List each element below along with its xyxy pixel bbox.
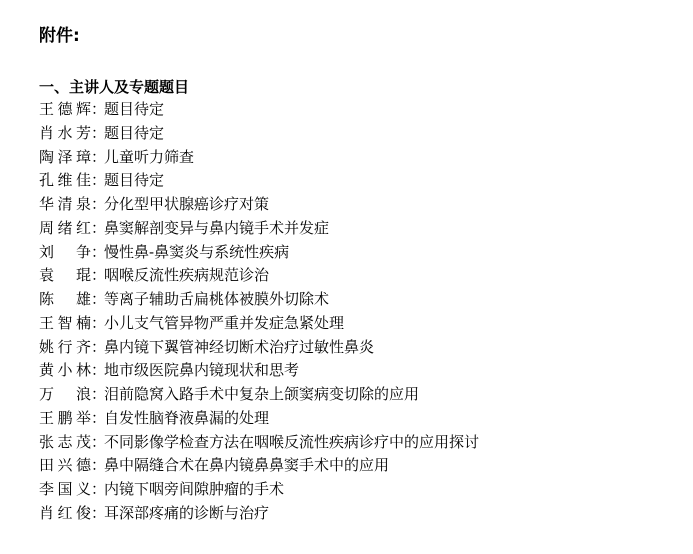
- speaker-row: 王鹏举：自发性脑脊液鼻漏的处理: [39, 407, 479, 431]
- speaker-topic: 咽喉反流性疾病规范诊治: [104, 264, 269, 288]
- speaker-topic: 鼻内镜下翼管神经切断术治疗过敏性鼻炎: [104, 336, 374, 360]
- speaker-name: 陈 雄: [39, 288, 91, 312]
- speaker-row: 肖红俊：耳深部疼痛的诊断与治疗: [39, 502, 479, 526]
- attachment-title: 附件:: [39, 24, 80, 48]
- speaker-topic: 内镜下咽旁间隙肿瘤的手术: [104, 478, 284, 502]
- speaker-topic: 泪前隐窝入路手术中复杂上颌窦病变切除的应用: [104, 383, 419, 407]
- speaker-name: 王智楠: [39, 312, 91, 336]
- speaker-name: 肖水芳: [39, 122, 91, 146]
- speaker-topic: 题目待定: [104, 98, 164, 122]
- speaker-name: 袁 琨: [39, 264, 91, 288]
- separator: ：: [91, 383, 104, 407]
- separator: ：: [91, 454, 104, 478]
- speaker-name: 王鹏举: [39, 407, 91, 431]
- speaker-row: 黄小林：地市级医院鼻内镜现状和思考: [39, 359, 479, 383]
- speaker-name: 李国义: [39, 478, 91, 502]
- speaker-name: 孔维佳: [39, 169, 91, 193]
- speaker-row: 肖水芳：题目待定: [39, 122, 479, 146]
- speaker-topic: 等离子辅助舌扁桃体被膜外切除术: [104, 288, 329, 312]
- speaker-list: 王德辉：题目待定 肖水芳：题目待定 陶泽璋：儿童听力筛查 孔维佳：题目待定 华清…: [39, 98, 479, 526]
- speaker-name: 姚行齐: [39, 336, 91, 360]
- speaker-row: 周绪红：鼻窦解剖变异与鼻内镜手术并发症: [39, 217, 479, 241]
- speaker-topic: 地市级医院鼻内镜现状和思考: [104, 359, 299, 383]
- separator: ：: [91, 431, 104, 455]
- separator: ：: [91, 264, 104, 288]
- speaker-topic: 题目待定: [104, 169, 164, 193]
- separator: ：: [91, 359, 104, 383]
- separator: ：: [91, 98, 104, 122]
- speaker-row: 李国义：内镜下咽旁间隙肿瘤的手术: [39, 478, 479, 502]
- speaker-name: 陶泽璋: [39, 146, 91, 170]
- speaker-row: 袁 琨：咽喉反流性疾病规范诊治: [39, 264, 479, 288]
- separator: ：: [91, 288, 104, 312]
- speaker-topic: 儿童听力筛查: [104, 146, 194, 170]
- speaker-row: 华清泉：分化型甲状腺癌诊疗对策: [39, 193, 479, 217]
- speaker-topic: 分化型甲状腺癌诊疗对策: [104, 193, 269, 217]
- speaker-row: 田兴德：鼻中隔缝合术在鼻内镜鼻鼻窦手术中的应用: [39, 454, 479, 478]
- section-heading: 一、主讲人及专题题目: [39, 75, 189, 99]
- speaker-topic: 不同影像学检查方法在咽喉反流性疾病诊疗中的应用探讨: [104, 431, 479, 455]
- speaker-row: 万 浪：泪前隐窝入路手术中复杂上颌窦病变切除的应用: [39, 383, 479, 407]
- speaker-topic: 耳深部疼痛的诊断与治疗: [104, 502, 269, 526]
- speaker-name: 肖红俊: [39, 502, 91, 526]
- speaker-name: 田兴德: [39, 454, 91, 478]
- speaker-row: 姚行齐：鼻内镜下翼管神经切断术治疗过敏性鼻炎: [39, 336, 479, 360]
- speaker-row: 陈 雄：等离子辅助舌扁桃体被膜外切除术: [39, 288, 479, 312]
- separator: ：: [91, 407, 104, 431]
- separator: ：: [91, 336, 104, 360]
- speaker-topic: 鼻中隔缝合术在鼻内镜鼻鼻窦手术中的应用: [104, 454, 389, 478]
- speaker-row: 王智楠：小儿支气管异物严重并发症急紧处理: [39, 312, 479, 336]
- speaker-name: 刘 争: [39, 241, 91, 265]
- speaker-row: 陶泽璋：儿童听力筛查: [39, 146, 479, 170]
- speaker-topic: 慢性鼻-鼻窦炎与系统性疾病: [104, 241, 289, 265]
- speaker-row: 刘 争：慢性鼻-鼻窦炎与系统性疾病: [39, 241, 479, 265]
- speaker-name: 黄小林: [39, 359, 91, 383]
- speaker-name: 万 浪: [39, 383, 91, 407]
- separator: ：: [91, 217, 104, 241]
- separator: ：: [91, 122, 104, 146]
- speaker-topic: 鼻窦解剖变异与鼻内镜手术并发症: [104, 217, 329, 241]
- speaker-name: 张志茂: [39, 431, 91, 455]
- separator: ：: [91, 241, 104, 265]
- separator: ：: [91, 146, 104, 170]
- separator: ：: [91, 478, 104, 502]
- separator: ：: [91, 193, 104, 217]
- separator: ：: [91, 502, 104, 526]
- speaker-topic: 自发性脑脊液鼻漏的处理: [104, 407, 269, 431]
- separator: ：: [91, 312, 104, 336]
- speaker-name: 华清泉: [39, 193, 91, 217]
- speaker-name: 周绪红: [39, 217, 91, 241]
- speaker-row: 张志茂：不同影像学检查方法在咽喉反流性疾病诊疗中的应用探讨: [39, 431, 479, 455]
- speaker-row: 孔维佳：题目待定: [39, 169, 479, 193]
- speaker-name: 王德辉: [39, 98, 91, 122]
- speaker-topic: 题目待定: [104, 122, 164, 146]
- speaker-topic: 小儿支气管异物严重并发症急紧处理: [104, 312, 344, 336]
- separator: ：: [91, 169, 104, 193]
- speaker-row: 王德辉：题目待定: [39, 98, 479, 122]
